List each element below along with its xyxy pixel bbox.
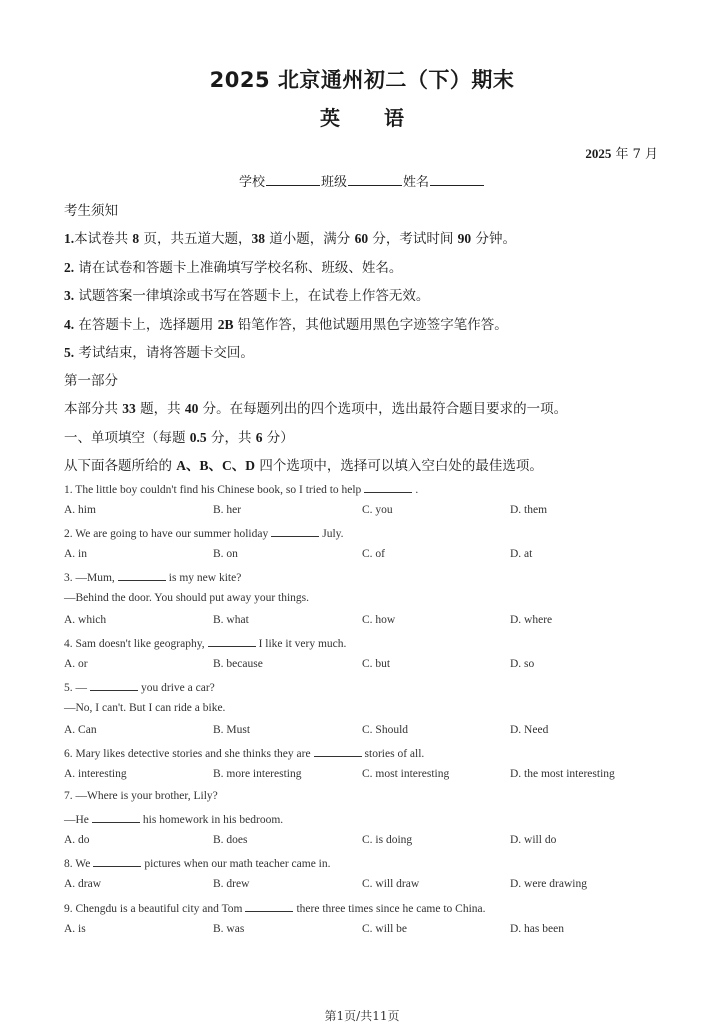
school-label: 学校 xyxy=(239,175,265,190)
answer-blank xyxy=(92,812,140,823)
part-description: 本部分共 33 题，共 40 分。在每题列出的四个选项中，选出最符合题目要求的一… xyxy=(64,397,567,417)
notice-item-5: 5. 考试结束，请将答题卡交回。 xyxy=(64,341,254,361)
option-a[interactable]: A. or xyxy=(64,658,88,670)
option-b[interactable]: B. was xyxy=(213,923,244,935)
option-a[interactable]: A. interesting xyxy=(64,768,127,780)
option-b[interactable]: B. on xyxy=(213,548,238,560)
option-d[interactable]: D. so xyxy=(510,658,534,670)
option-d[interactable]: D. where xyxy=(510,614,552,626)
question-5-reply: —No, I can't. But I can ride a bike. xyxy=(64,702,225,714)
option-d[interactable]: D. were drawing xyxy=(510,878,587,890)
option-b[interactable]: B. what xyxy=(213,614,249,626)
notice-item-2: 2. 请在试卷和答题卡上准确填写学校名称、班级、姓名。 xyxy=(64,256,402,276)
question-2: 2. We are going to have our summer holid… xyxy=(64,526,344,540)
option-d[interactable]: D. Need xyxy=(510,724,548,736)
question-4: 4. Sam doesn't like geography,I like it … xyxy=(64,636,346,650)
option-b[interactable]: B. her xyxy=(213,504,241,516)
notice-heading: 考生须知 xyxy=(64,199,118,219)
option-a[interactable]: A. him xyxy=(64,504,96,516)
answer-blank xyxy=(271,526,319,537)
option-d[interactable]: D. the most interesting xyxy=(510,768,615,780)
subject-title: 英语 xyxy=(0,102,724,131)
subject-char-2: 语 xyxy=(384,106,404,130)
option-b[interactable]: B. Must xyxy=(213,724,250,736)
option-c[interactable]: C. will draw xyxy=(362,878,419,890)
name-label: 姓名 xyxy=(403,175,429,190)
option-c[interactable]: C. is doing xyxy=(362,834,412,846)
school-blank xyxy=(266,173,320,186)
option-a[interactable]: A. in xyxy=(64,548,87,560)
answer-blank xyxy=(314,746,362,757)
notice-item-4: 4. 在答题卡上，选择题用 2B 铅笔作答，其他试题用黑色字迹签字笔作答。 xyxy=(64,313,508,333)
page-number: 第1页/共11页 xyxy=(0,1007,724,1024)
option-c[interactable]: C. you xyxy=(362,504,393,516)
option-c[interactable]: C. but xyxy=(362,658,390,670)
question-5: 5. —you drive a car? xyxy=(64,680,215,694)
section-instructions: 从下面各题所给的 A、B、C、D 四个选项中，选择可以填入空白处的最佳选项。 xyxy=(64,454,543,474)
subject-char-1: 英 xyxy=(320,106,340,130)
answer-blank xyxy=(118,570,166,581)
answer-blank xyxy=(208,636,256,647)
option-d[interactable]: D. will do xyxy=(510,834,556,846)
notice-item-1: 1.本试卷共 8 页，共五道大题，38 道小题，满分 60 分，考试时间 90 … xyxy=(64,227,516,247)
name-blank xyxy=(430,173,484,186)
question-8: 8. Wepictures when our math teacher came… xyxy=(64,856,331,870)
option-c[interactable]: C. Should xyxy=(362,724,408,736)
answer-blank xyxy=(93,856,141,867)
question-7-reply: —Hehis homework in his bedroom. xyxy=(64,812,283,826)
option-d[interactable]: D. them xyxy=(510,504,547,516)
question-1: 1. The little boy couldn't find his Chin… xyxy=(64,482,418,496)
class-blank xyxy=(348,173,402,186)
option-c[interactable]: C. will be xyxy=(362,923,407,935)
notice-item-3: 3. 试题答案一律填涂或书写在答题卡上，在试卷上作答无效。 xyxy=(64,284,429,304)
answer-blank xyxy=(90,680,138,691)
option-a[interactable]: A. draw xyxy=(64,878,101,890)
question-7: 7. —Where is your brother, Lily? xyxy=(64,790,218,802)
option-c[interactable]: C. how xyxy=(362,614,395,626)
part-heading: 第一部分 xyxy=(64,369,118,389)
option-b[interactable]: B. does xyxy=(213,834,248,846)
option-a[interactable]: A. do xyxy=(64,834,90,846)
section-heading: 一、单项填空（每题 0.5 分，共 6 分） xyxy=(64,426,294,446)
date-rest: 年 7 月 xyxy=(611,147,658,162)
exam-date: 2025 年 7 月 xyxy=(585,143,658,162)
answer-blank xyxy=(364,482,412,493)
option-a[interactable]: A. Can xyxy=(64,724,97,736)
option-b[interactable]: B. more interesting xyxy=(213,768,301,780)
option-c[interactable]: C. most interesting xyxy=(362,768,449,780)
option-d[interactable]: D. at xyxy=(510,548,532,560)
option-b[interactable]: B. drew xyxy=(213,878,249,890)
class-label: 班级 xyxy=(321,175,347,190)
question-3: 3. —Mum,is my new kite? xyxy=(64,570,241,584)
option-d[interactable]: D. has been xyxy=(510,923,564,935)
answer-blank xyxy=(245,901,293,912)
date-year: 2025 xyxy=(585,146,611,161)
option-c[interactable]: C. of xyxy=(362,548,385,560)
option-a[interactable]: A. which xyxy=(64,614,106,626)
question-9: 9. Chengdu is a beautiful city and Tomth… xyxy=(64,901,486,915)
question-3-reply: —Behind the door. You should put away yo… xyxy=(64,592,309,604)
exam-title: 2025 北京通州初二（下）期末 xyxy=(0,64,724,94)
option-b[interactable]: B. because xyxy=(213,658,263,670)
student-info-fields: 学校班级姓名 xyxy=(0,171,724,190)
question-6: 6. Mary likes detective stories and she … xyxy=(64,746,424,760)
option-a[interactable]: A. is xyxy=(64,923,86,935)
